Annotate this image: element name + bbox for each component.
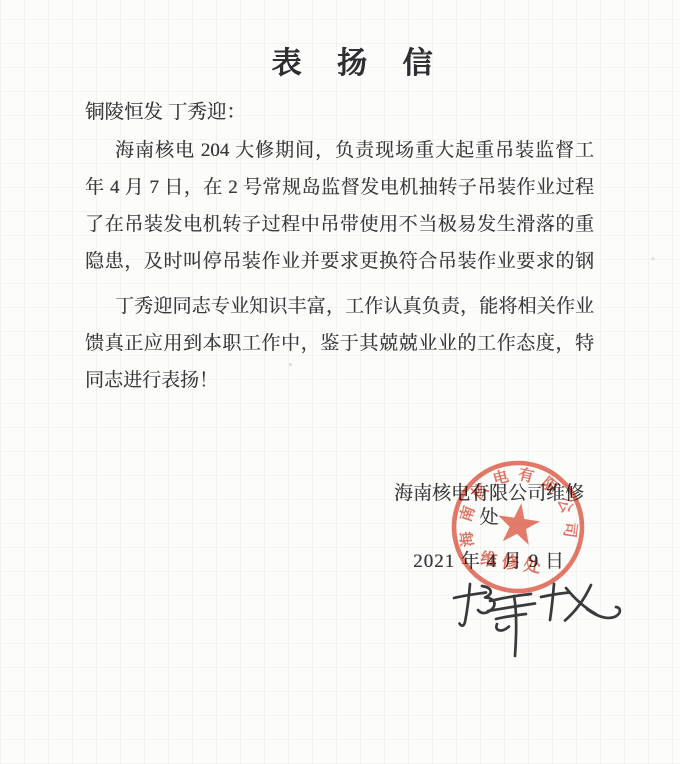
salutation: 铜陵恒发 丁秀迎： (85, 100, 246, 125)
body-line: 馈真正应用到本职工作中，鉴于其兢兢业业的工作态度，特对丁秀迎 (85, 325, 594, 362)
body-line: 丁秀迎同志专业知识丰富，工作认真负责，能将相关作业经验反 (85, 288, 594, 325)
body-line: 年 4 月 7 日，在 2 号常规岛监督发电机抽转子吊装作业过程中，发现 (85, 169, 594, 206)
scanned-letter-page: 表 扬 信 铜陵恒发 丁秀迎： 海南核电 204 大修期间，负责现场重大起重吊装… (0, 0, 680, 764)
scan-speck (289, 363, 292, 366)
body-paragraph-1: 海南核电 204 大修期间，负责现场重大起重吊装监督工作，2021 年 4 月 … (85, 132, 594, 280)
body-line: 隐患，及时叫停吊装作业并要求更换符合吊装作业要求的钢索。 (85, 243, 594, 280)
body-line: 海南核电 204 大修期间，负责现场重大起重吊装监督工作，2021 (85, 132, 594, 169)
letter-title: 表 扬 信 (0, 46, 680, 82)
stamp-star-icon (495, 500, 542, 546)
scan-speck (423, 51, 426, 55)
handwritten-signature (438, 570, 638, 670)
body-line: 同志进行表扬！ (85, 362, 594, 399)
body-line: 了在吊装发电机转子过程中吊带使用不当极易发生滑落的重大安全 (85, 206, 594, 243)
body-paragraph-2: 丁秀迎同志专业知识丰富，工作认真负责，能将相关作业经验反 馈真正应用到本职工作中… (85, 288, 594, 399)
scan-speck (651, 257, 655, 260)
